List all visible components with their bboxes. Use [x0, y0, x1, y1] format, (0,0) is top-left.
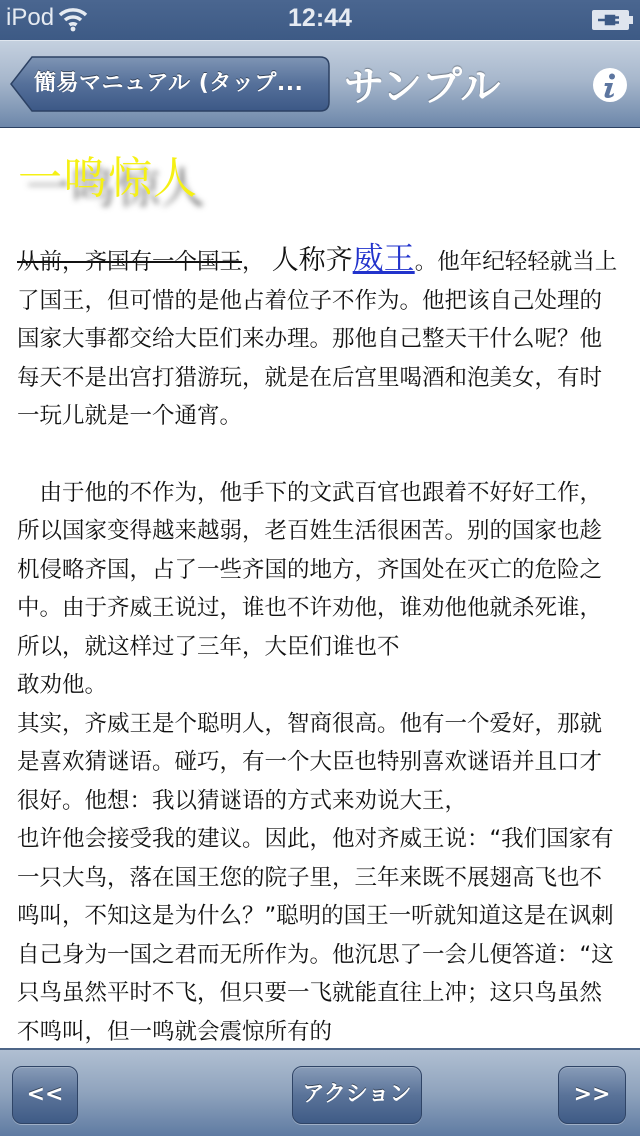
story-title: 一鸣惊人	[18, 142, 198, 206]
previous-button[interactable]: <<	[12, 1066, 78, 1124]
story-body: 从前，齐国有一个国王， 人称齐威王。他年纪轻轻就当上了国王，但可惜的是他占着位子…	[17, 240, 623, 1048]
navigation-bar: 簡易マニュアル (タップ... サンプル	[0, 40, 640, 128]
paragraph-4: 也许他会接受我的建议。因此，他对齐威王说：“我们国家有一只大鸟，落在国王您的院子…	[17, 820, 623, 1048]
paragraph-2-end: 敢劝他。	[17, 666, 623, 705]
comma: ，	[242, 249, 265, 275]
next-button[interactable]: >>	[558, 1066, 626, 1124]
status-bar: iPod 12:44	[0, 0, 640, 40]
paragraph-1: 从前，齐国有一个国王， 人称齐威王。他年纪轻轻就当上了国王，但可惜的是他占着位子…	[17, 240, 623, 436]
paragraph-1-rest: 。他年纪轻轻就当上了国王，但可惜的是他占着位子不作为。他把该自己处理的国家大事都…	[17, 249, 617, 429]
strikethrough-text: 从前，齐国有一个国王	[17, 249, 242, 275]
back-button[interactable]: 簡易マニュアル (タップ...	[10, 56, 330, 112]
page-title: サンプル	[344, 55, 500, 112]
status-time: 12:44	[0, 4, 640, 33]
large-text: 人称齐	[272, 245, 353, 276]
story-content[interactable]: 一鸣惊人 从前，齐国有一个国王， 人称齐威王。他年纪轻轻就当上了国王，但可惜的是…	[0, 128, 640, 1048]
info-icon[interactable]	[592, 67, 628, 103]
paragraph-2: 由于他的不作为，他手下的文武百官也跟着不好好工作，所以国家变得越来越弱，老百姓生…	[17, 474, 623, 667]
bottom-toolbar: << アクション >>	[0, 1048, 640, 1136]
action-button[interactable]: アクション	[292, 1066, 422, 1124]
story-link[interactable]: 威王	[353, 241, 415, 277]
back-button-label: 簡易マニュアル (タップ...	[34, 56, 324, 112]
paragraph-3: 其实，齐威王是个聪明人，智商很高。他有一个爱好，那就是喜欢猜谜语。碰巧，有一个大…	[17, 705, 623, 821]
battery-charging-icon	[592, 9, 634, 31]
